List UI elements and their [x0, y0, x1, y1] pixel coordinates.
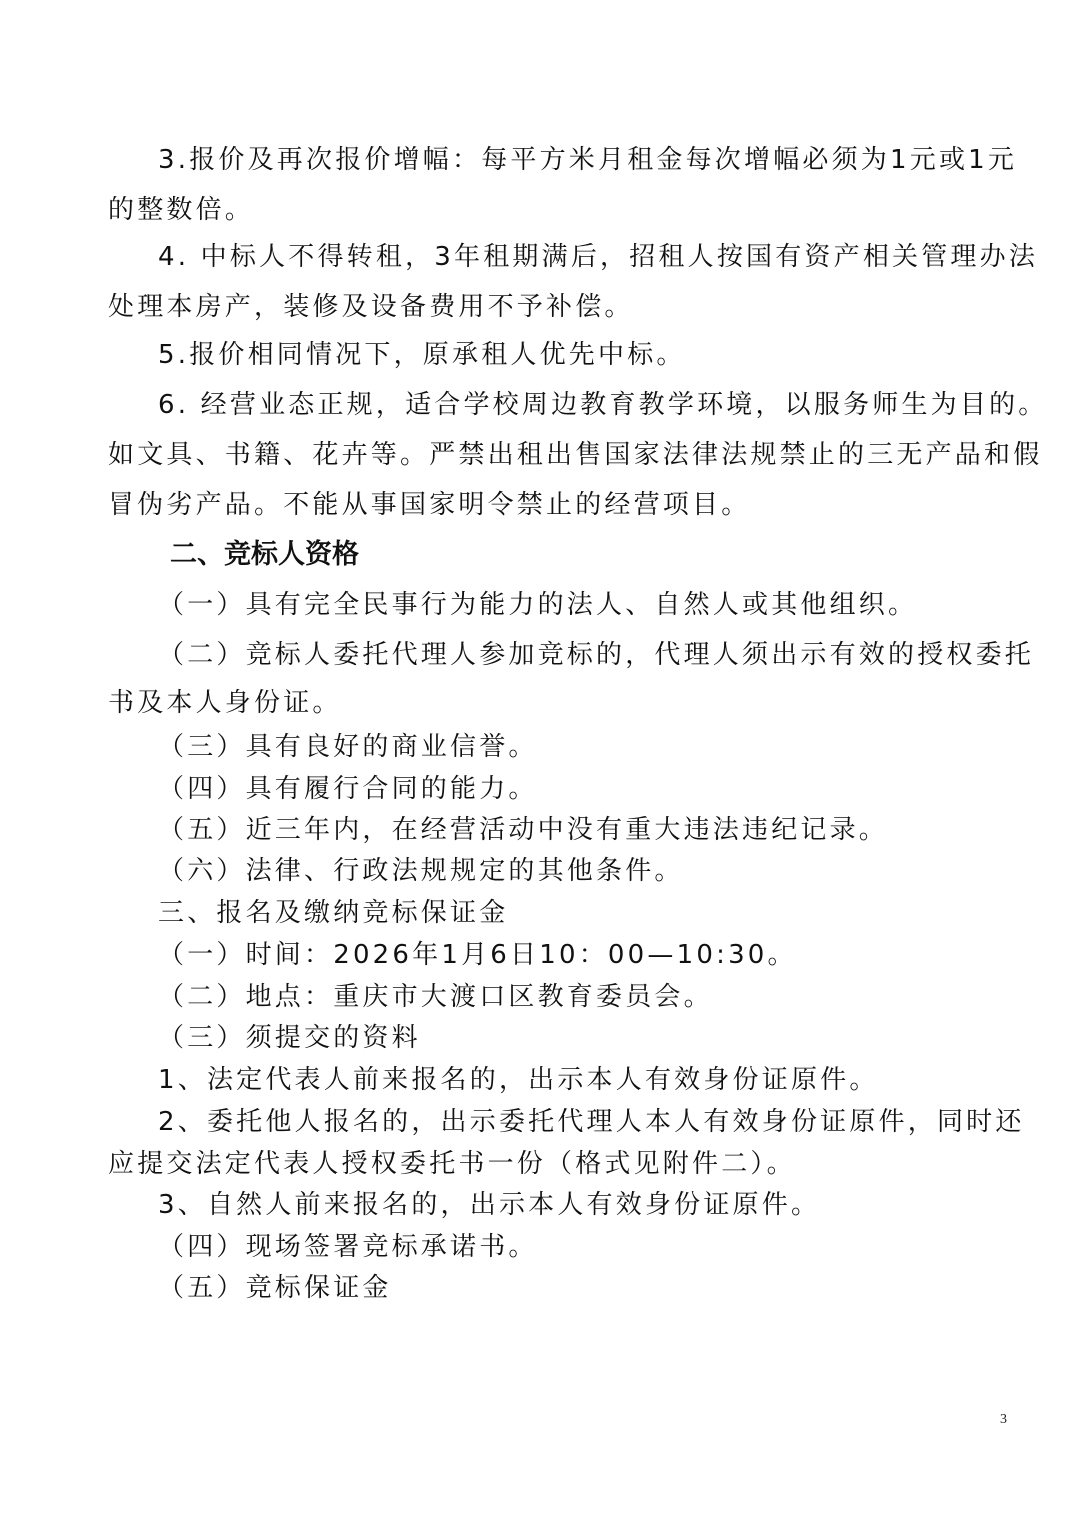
section-heading-bidder-qualification: 二、竞标人资格: [170, 540, 359, 570]
required-material-2-line-1: 2、委托他人报名的，出示委托代理人本人有效身份证原件，同时还: [158, 1107, 1025, 1137]
required-material-2-line-2: 应提交法定代表人授权委托书一份（格式见附件二）。: [108, 1149, 796, 1179]
paragraph-item-3-line-1: 3.报价及再次报价增幅：每平方米月租金每次增幅必须为1元或1元: [158, 145, 1017, 175]
qualification-item-2-line-1: （二）竞标人委托代理人参加竞标的，代理人须出示有效的授权委托: [158, 640, 1034, 670]
qualification-item-6: （六）法律、行政法规规定的其他条件。: [158, 856, 684, 886]
sign-commitment-letter: （四）现场签署竞标承诺书。: [158, 1232, 538, 1262]
qualification-item-5: （五）近三年内，在经营活动中没有重大违法违纪记录。: [158, 815, 888, 845]
required-material-3: 3、自然人前来报名的，出示本人有效身份证原件。: [158, 1190, 820, 1220]
paragraph-item-4-line-2: 处理本房产，装修及设备费用不予补偿。: [108, 292, 634, 322]
document-page: 3.报价及再次报价增幅：每平方米月租金每次增幅必须为1元或1元 的整数倍。 4.…: [0, 0, 1074, 1520]
qualification-item-1: （一）具有完全民事行为能力的法人、自然人或其他组织。: [158, 590, 917, 620]
section-heading-registration: 三、报名及缴纳竞标保证金: [158, 898, 508, 928]
qualification-item-3: （三）具有良好的商业信誉。: [158, 732, 538, 762]
qualification-item-4: （四）具有履行合同的能力。: [158, 774, 538, 804]
paragraph-item-6-line-3: 冒伪劣产品。不能从事国家明令禁止的经营项目。: [108, 490, 750, 520]
paragraph-item-6-line-2: 如文具、书籍、花卉等。严禁出租出售国家法律法规禁止的三无产品和假: [108, 440, 1042, 470]
required-materials-heading: （三）须提交的资料: [158, 1023, 421, 1053]
bid-deposit-heading: （五）竞标保证金: [158, 1273, 392, 1303]
paragraph-item-4-line-1: 4. 中标人不得转租，3年租期满后，招租人按国有资产相关管理办法: [158, 242, 1038, 272]
paragraph-item-3-line-2: 的整数倍。: [108, 195, 254, 225]
page-number: 3: [1000, 1412, 1007, 1428]
qualification-item-2-line-2: 书及本人身份证。: [108, 688, 342, 718]
paragraph-item-6-line-1: 6. 经营业态正规，适合学校周边教育教学环境，以服务师生为目的。: [158, 390, 1047, 420]
registration-location: （二）地点：重庆市大渡口区教育委员会。: [158, 982, 713, 1012]
registration-time: （一）时间：2026年1月6日10：00—10:30。: [158, 940, 797, 970]
paragraph-item-5: 5.报价相同情况下，原承租人优先中标。: [158, 340, 686, 370]
required-material-1: 1、法定代表人前来报名的，出示本人有效身份证原件。: [158, 1065, 879, 1095]
